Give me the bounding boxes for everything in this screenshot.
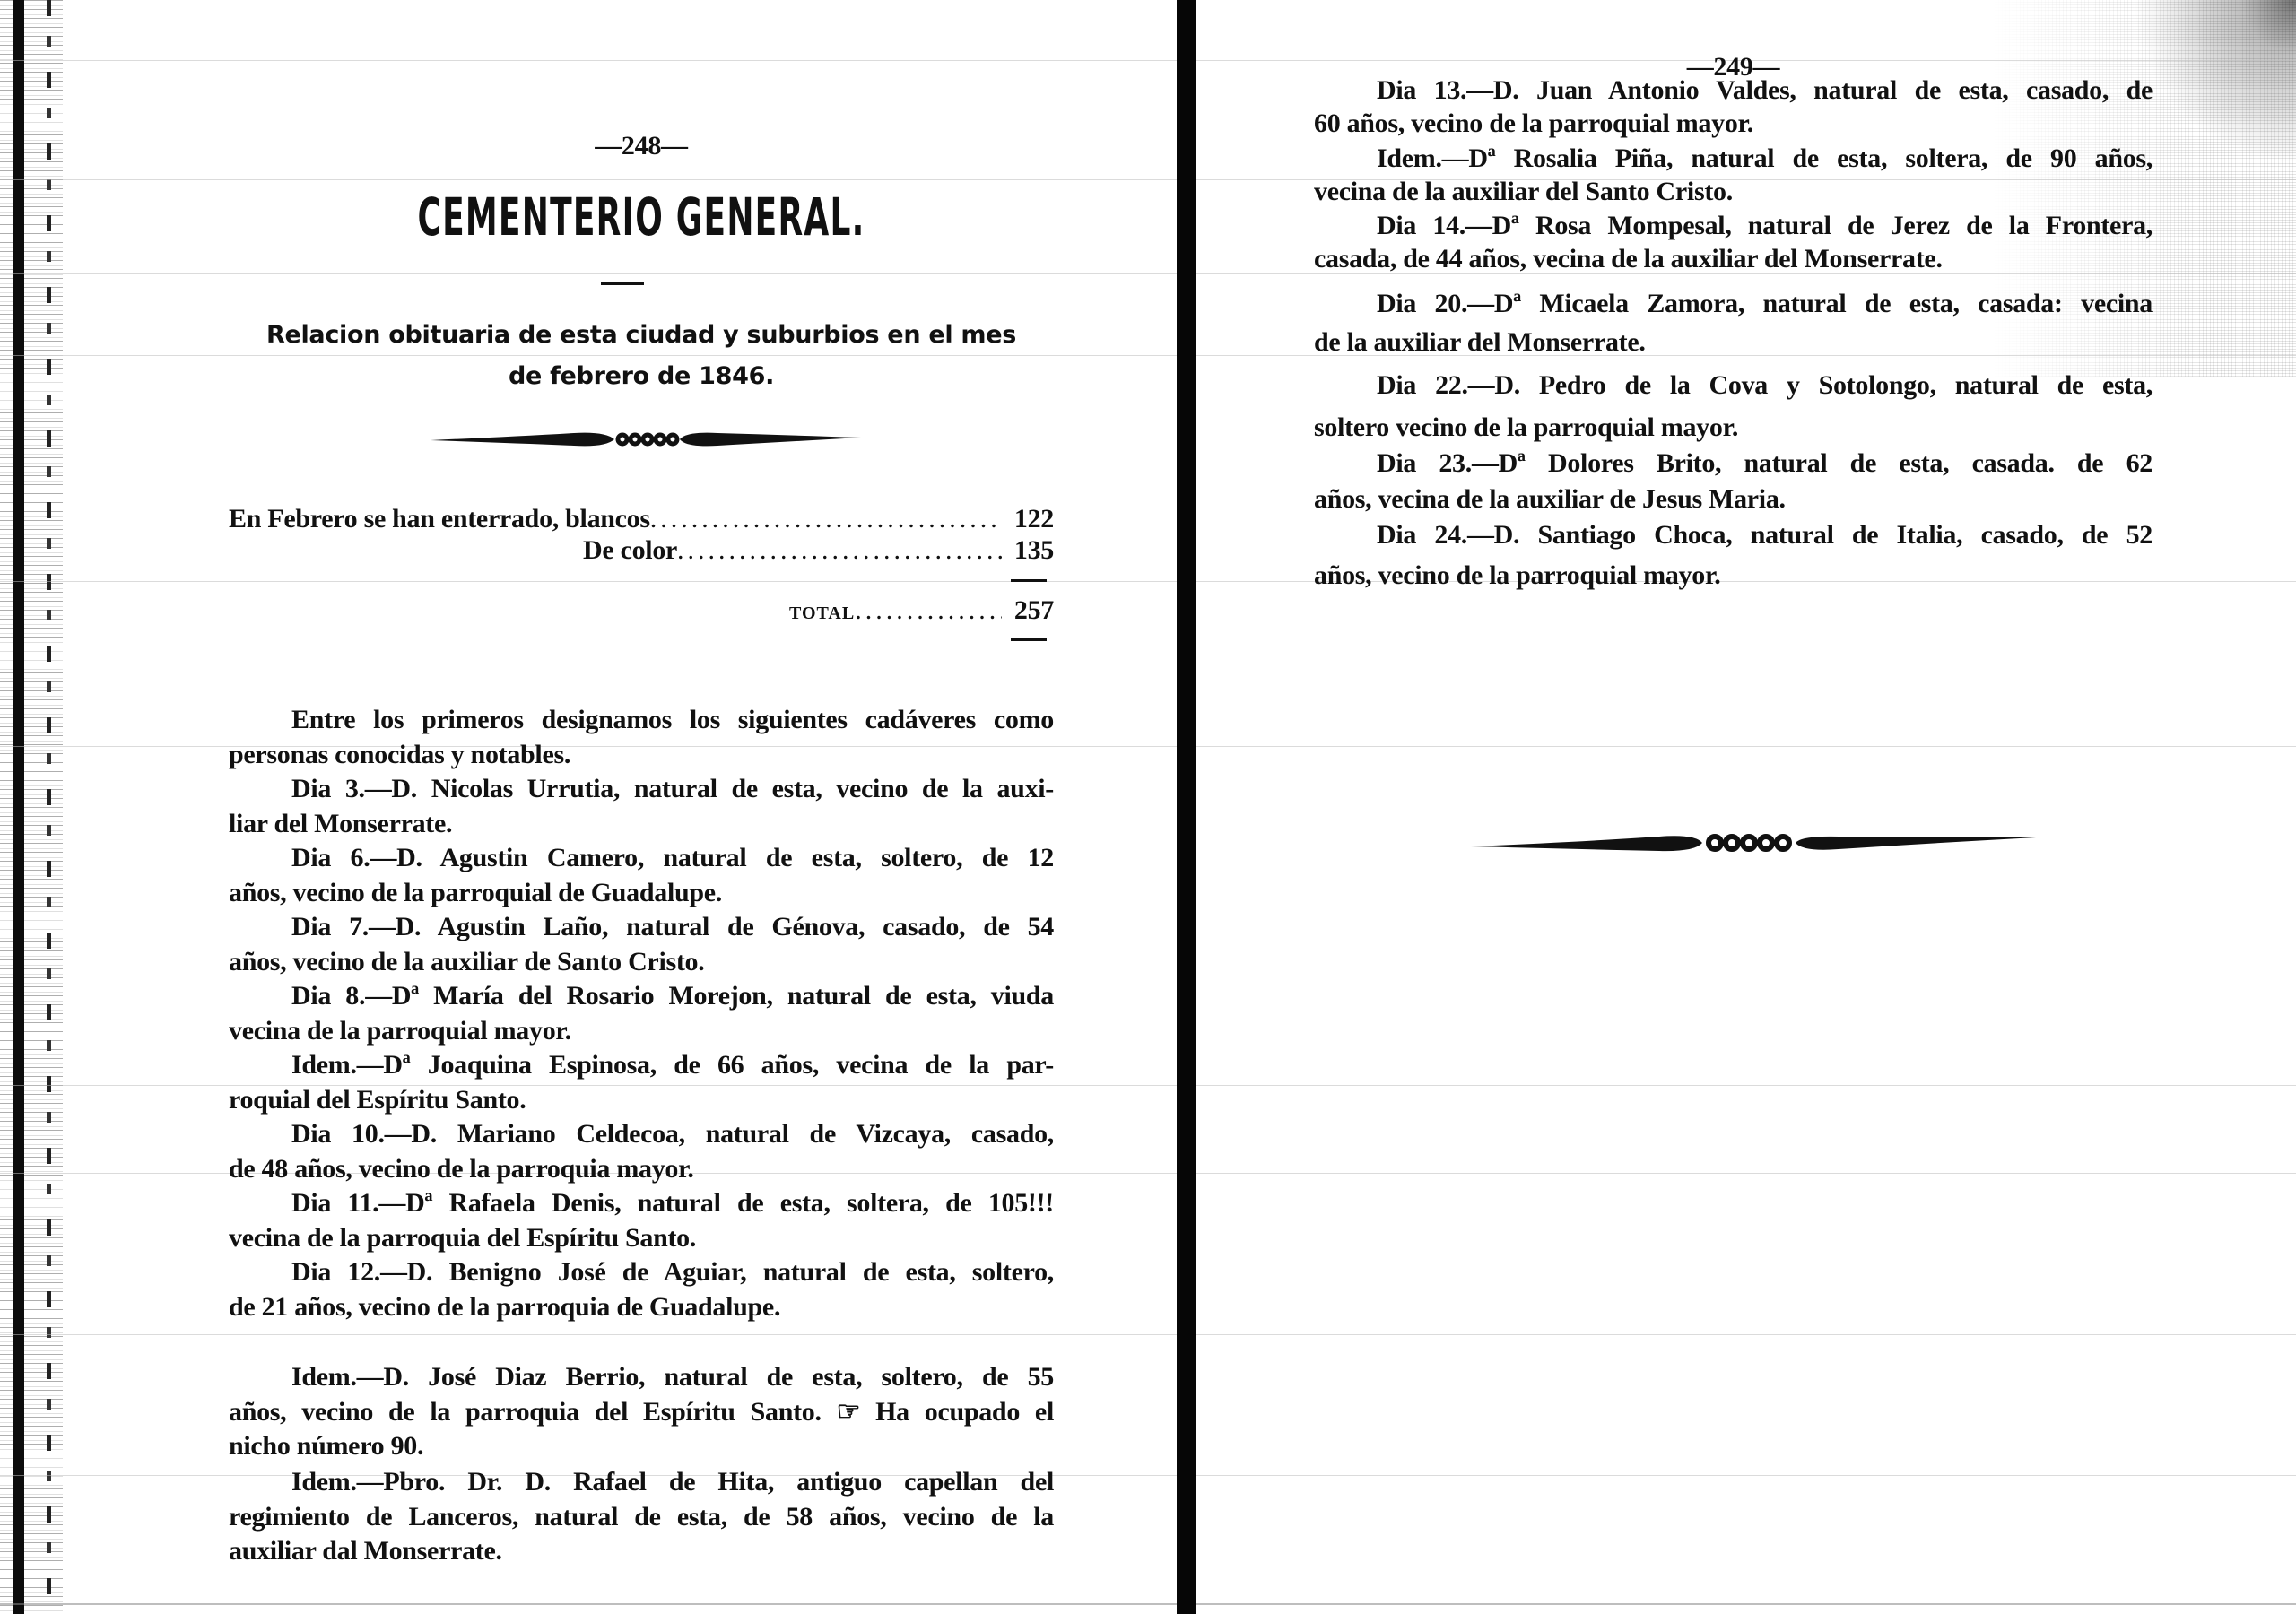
obituary-entry: Dia 3.—D. Nicolas Urrutia, natural de es… — [229, 774, 1054, 804]
subtitle-line-2: de febrero de 1846. — [229, 361, 1054, 392]
obituary-entry: Idem.—Dª Rosalia Piña, natural de esta, … — [1314, 143, 2152, 174]
obituary-entry: Dia 22.—D. Pedro de la Cova y Sotolongo,… — [1314, 370, 2152, 401]
tally-label-color: De color — [583, 535, 677, 566]
tally-label-blancos: En Febrero se han enterrado, blancos — [229, 504, 650, 534]
sum-rule — [1011, 579, 1047, 582]
tally-row-total: TOTAL ..................................… — [229, 595, 1054, 629]
text-line: de la auxiliar del Monserrate. — [1314, 327, 2152, 358]
binding-edge-bar — [13, 0, 24, 1614]
obituary-entry: Idem.—D. José Diaz Berrio, natural de es… — [229, 1362, 1054, 1393]
obituary-entry: Dia 24.—D. Santiago Choca, natural de It… — [1314, 520, 2152, 551]
obituary-entry: Dia 6.—D. Agustin Camero, natural de est… — [229, 843, 1054, 873]
text-line: nicho número 90. — [229, 1431, 1054, 1462]
obituary-entry: Dia 23.—Dª Dolores Brito, natural de est… — [1314, 448, 2152, 479]
obituary-entry: Dia 20.—Dª Micaela Zamora, natural de es… — [1314, 289, 2152, 319]
left-page: —248— CEMENTERIO GENERAL. Relacion obitu… — [229, 0, 1054, 1614]
page-title-wrap: CEMENTERIO GENERAL. — [229, 190, 1054, 246]
leader-dots: ........................................… — [677, 535, 1002, 566]
subtitle-line-1: Relacion obituaria de esta ciudad y subu… — [229, 320, 1054, 351]
tally-value-total: 257 — [1002, 595, 1054, 626]
text-line: años, vecino de la parroquial de Guadalu… — [229, 878, 1054, 908]
text-line: auxiliar dal Monserrate. — [229, 1536, 1054, 1566]
obituary-entry: Dia 14.—Dª Rosa Mompesal, natural de Jer… — [1314, 211, 2152, 241]
text-line: regimiento de Lanceros, natural de esta,… — [229, 1502, 1054, 1532]
obituary-entry: Dia 10.—D. Mariano Celdecoa, natural de … — [229, 1119, 1054, 1150]
text-line: vecina de la auxiliar del Santo Cristo. — [1314, 177, 2152, 207]
text-line: años, vecina de la auxiliar de Jesus Mar… — [1314, 484, 2152, 515]
text-line: años, vecino de la parroquial mayor. — [1314, 560, 2152, 591]
obituary-entry: Idem.—Pbro. Dr. D. Rafael de Hita, antig… — [229, 1467, 1054, 1497]
text-line: años, vecino de la parroquia del Espírit… — [229, 1397, 1054, 1427]
page-number: —248— — [229, 131, 1054, 161]
obituary-entry: Dia 12.—D. Benigno José de Aguiar, natur… — [229, 1257, 1054, 1288]
text-line: 60 años, vecino de la parroquial mayor. — [1314, 108, 2152, 139]
ornament-divider — [1471, 827, 2036, 859]
leader-dots: ................................... — [855, 595, 1002, 626]
text-line: de 48 años, vecino de la parroquia mayor… — [229, 1154, 1054, 1184]
leader-dots: ........................................… — [650, 504, 1002, 534]
text-line: soltero vecino de la parroquial mayor. — [1314, 412, 2152, 443]
text-line: casada, de 44 años, vecina de la auxilia… — [1314, 244, 2152, 274]
obituary-entry: Dia 7.—D. Agustin Laño, natural de Génov… — [229, 912, 1054, 942]
tally-row-color: De color ...............................… — [229, 535, 1054, 566]
text-line: roquial del Espíritu Santo. — [229, 1085, 1054, 1115]
tally-label-total: TOTAL — [789, 598, 855, 629]
text-line: años, vecino de la auxiliar de Santo Cri… — [229, 947, 1054, 977]
binding-edge-stitch — [47, 0, 51, 1614]
total-rule — [1011, 638, 1047, 641]
obituary-entry: Dia 13.—D. Juan Antonio Valdes, natural … — [1314, 75, 2152, 106]
obituary-entry: Dia 8.—Dª María del Rosario Morejon, nat… — [229, 981, 1054, 1011]
text-line: liar del Monserrate. — [229, 809, 1054, 839]
ornament-divider — [430, 426, 861, 453]
obituary-entry: Dia 11.—Dª Rafaela Denis, natural de est… — [229, 1188, 1054, 1219]
text-line: vecina de la parroquia del Espíritu Sant… — [229, 1223, 1054, 1254]
right-page: —249— Dia 13.—D. Juan Antonio Valdes, na… — [1314, 0, 2152, 1614]
book-gutter — [1177, 0, 1196, 1614]
title-rule — [601, 282, 644, 285]
obituary-entry: Idem.—Dª Joaquina Espinosa, de 66 años, … — [229, 1050, 1054, 1080]
text-line: personas conocidas y notables. — [229, 740, 1054, 770]
page-title: CEMENTERIO GENERAL. — [386, 190, 897, 244]
text-line: de 21 años, vecino de la parroquia de Gu… — [229, 1292, 1054, 1323]
text-line: Entre los primeros designamos los siguie… — [229, 705, 1054, 735]
tally-row-blancos: En Febrero se han enterrado, blancos ...… — [229, 504, 1054, 534]
text-line: vecina de la parroquial mayor. — [229, 1016, 1054, 1046]
tally-value-color: 135 — [1002, 535, 1054, 566]
tally-value-blancos: 122 — [1002, 504, 1054, 534]
scan-left-edge — [0, 0, 63, 1614]
